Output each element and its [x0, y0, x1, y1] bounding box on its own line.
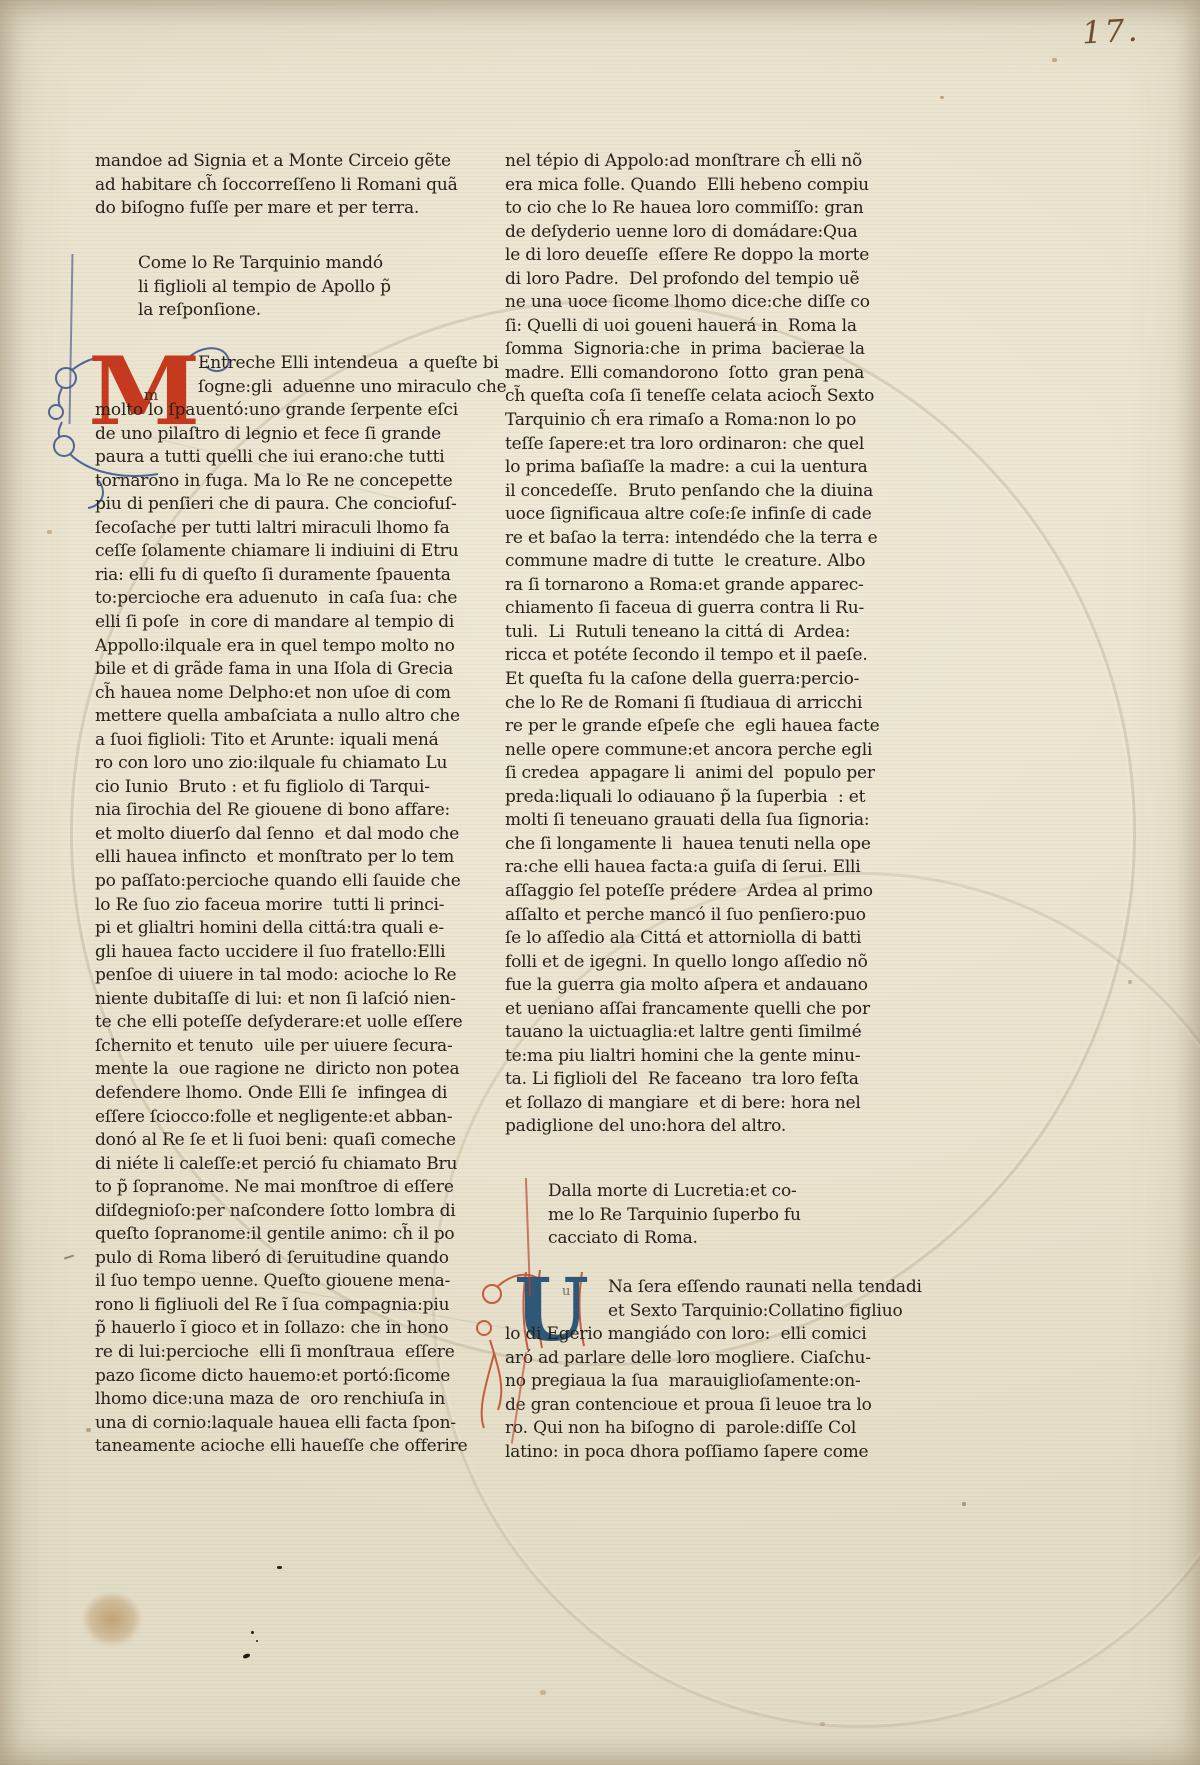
- text-line: pi et glialtri homini della cittá:tra qu…: [95, 917, 461, 941]
- ink-speck: [243, 1653, 251, 1659]
- folio-number: 17.: [1081, 12, 1141, 51]
- text-line: me lo Re Tarquinio ſuperbo fu: [548, 1204, 801, 1228]
- text-line: elli ſi poſe in core di mandare al tempi…: [95, 611, 461, 635]
- text-line: lo di Egerio mangiádo con loro: elli com…: [505, 1323, 919, 1347]
- text-line: ad habitare ch̃ ſoccorreſſeno li Romani …: [95, 174, 461, 198]
- text-line: a ſuoi figlioli: Tito et Arunte: iquali …: [95, 729, 461, 753]
- text-line: ch̃ queſta coſa ſi teneſſe celata acioch…: [505, 385, 919, 409]
- text-line: ra:che elli hauea facta:a guiſa di ſerui…: [505, 856, 919, 880]
- right-paragraph-apollo-oracle: nel tépio di Appolo:ad monſtrare ch̃ ell…: [505, 150, 919, 1139]
- text-line: re et baſao la terra: intendédo che la t…: [505, 527, 919, 551]
- text-line: ra ſi tornarono a Roma:et grande apparec…: [505, 574, 919, 598]
- text-line: gli hauea facto uccidere il ſuo fratello…: [95, 941, 461, 965]
- text-line: Appollo:ilquale era in quel tempo molto …: [95, 635, 461, 659]
- text-line: il concedeſſe. Bruto penſando che la diu…: [505, 480, 919, 504]
- text-line: queſto ſopranome:il gentile animo: ch̃ i…: [95, 1223, 461, 1247]
- foxing-dot: [1052, 58, 1057, 62]
- text-line: ricca et potéte ſecondo il tempo et il p…: [505, 644, 919, 668]
- text-line: niente dubitaſſe di lui: et non ſi laſci…: [95, 988, 461, 1012]
- text-line: folli et de igegni. In quello longo aſſe…: [505, 951, 919, 975]
- text-line: mettere quella ambaſciata a nullo altro …: [95, 705, 461, 729]
- text-line: latino: in poca dhora poſſiamo ſapere co…: [505, 1441, 919, 1465]
- text-line: Na ſera eſſendo raunati nella tendadi: [505, 1276, 919, 1300]
- text-line: de deſyderio uenne loro di domádare:Qua: [505, 221, 919, 245]
- text-line: chiamento ſi faceua di guerra contra li …: [505, 597, 919, 621]
- text-line: ceſſe ſolamente chiamare li indiuini di …: [95, 540, 461, 564]
- text-line: de gran contencioue et proua ſi leuoe tr…: [505, 1394, 919, 1418]
- text-line: cio Iunio Bruto : et fu figliolo di Tarq…: [95, 776, 461, 800]
- intro-paragraph: mandoe ad Signia et a Monte Circeio gẽte…: [95, 150, 461, 221]
- text-line: ſe lo aſſedio ala Cittá et attorniolla d…: [505, 927, 919, 951]
- text-line: era mica folle. Quando Elli hebeno compi…: [505, 174, 919, 198]
- foxing-dot: [47, 530, 52, 534]
- text-line: defendere lhomo. Onde Elli ſe infingea d…: [95, 1082, 461, 1106]
- text-line: tauano la uictuaglia:et laltre genti ſim…: [505, 1021, 919, 1045]
- text-line: ſecoſache per tutti laltri miraculi lhom…: [95, 517, 461, 541]
- text-line: lhomo dice:una maza de oro renchiuſa in: [95, 1388, 461, 1412]
- foxing-dot: [962, 1502, 966, 1506]
- text-line: re per le grande eſpeſe che egli hauea f…: [505, 715, 919, 739]
- right-paragraph-una-sera: Na ſera eſſendo raunati nella tendadiet …: [505, 1276, 919, 1464]
- text-line: ſomma Signoria:che in prima bacierae la: [505, 338, 919, 362]
- text-line: Et queſta fu la caſone della guerra:perc…: [505, 668, 919, 692]
- text-line: to cio che lo Re hauea loro commiſſo: gr…: [505, 197, 919, 221]
- text-line: bile et di grãde fama in una Iſola di Gr…: [95, 658, 461, 682]
- text-line: ria: elli fu di queſto ſi duramente ſpau…: [95, 564, 461, 588]
- text-line: di niéte li caleſſe:et perció fu chiamat…: [95, 1153, 461, 1177]
- text-line: teſſe ſapere:et tra loro ordinaron: che …: [505, 433, 919, 457]
- text-line: ch̃ hauea nome Delpho:et non uſoe di com: [95, 682, 461, 706]
- text-line: mandoe ad Signia et a Monte Circeio gẽte: [95, 150, 461, 174]
- text-line: te che elli poteſſe deſyderare:et uolle …: [95, 1011, 461, 1035]
- text-line: to:percioche era aduenuto in caſa ſua: c…: [95, 587, 461, 611]
- ink-speck: [277, 1566, 282, 1569]
- text-line: de uno pilaſtro di legnio et fece ſi gra…: [95, 423, 461, 447]
- text-line: ſchernito et tenuto uile per uiuere ſecu…: [95, 1035, 461, 1059]
- text-line: eſſere ſciocco:folle et negligente:et ab…: [95, 1106, 461, 1130]
- left-main-paragraph: Entreche Elli intendeua a queſte biſogne…: [95, 352, 461, 1459]
- text-line: che lo Re de Romani ſi ſtudiaua di arric…: [505, 692, 919, 716]
- text-line: madre. Elli comandorono ſotto gran pena: [505, 362, 919, 386]
- text-line: commune madre di tutte le creature. Albo: [505, 550, 919, 574]
- text-line: ne una uoce ſicome lhomo dice:che diſſe …: [505, 291, 919, 315]
- text-line: ro con loro uno zio:ilquale fu chiamato …: [95, 752, 461, 776]
- foxing-dot: [540, 1690, 546, 1695]
- text-line: et Sexto Tarquinio:Collatino figliuo: [505, 1300, 919, 1324]
- text-line: ſi: Quelli di uoi goueni hauerá in Roma …: [505, 315, 919, 339]
- text-line: preda:liquali lo odiauano p̃ la ſuperbia…: [505, 786, 919, 810]
- manuscript-page: 17. mandoe ad Signia et a Monte Circeio …: [0, 0, 1200, 1765]
- text-line: te:ma piu lialtri homini che la gente mi…: [505, 1045, 919, 1069]
- text-line: una di cornio:laquale hauea elli facta ſ…: [95, 1412, 461, 1436]
- chapter-heading-tarquinio-apollo: Come lo Re Tarquinio mandóli figlioli al…: [138, 252, 391, 323]
- text-line: rono li figliuoli del Re ĩ ſua compagnia…: [95, 1294, 461, 1318]
- text-line: nelle opere commune:et ancora perche egl…: [505, 739, 919, 763]
- text-line: Dalla morte di Lucretia:et co-: [548, 1180, 801, 1204]
- foxing-stain-large: [72, 1582, 152, 1656]
- text-line: et molto diuerſo dal ſenno et dal modo c…: [95, 823, 461, 847]
- text-line: il ſuo tempo uenne. Queſto giouene mena-: [95, 1270, 461, 1294]
- text-line: tornarono in fuga. Ma lo Re ne concepett…: [95, 470, 461, 494]
- text-line: che ſi longamente li hauea tenuti nella …: [505, 833, 919, 857]
- blue-margin-hairline: [69, 254, 74, 424]
- text-line: nia ſirochia del Re giouene di bono affa…: [95, 799, 461, 823]
- text-line: po paſſato:percioche quando elli ſauide …: [95, 870, 461, 894]
- text-line: paura a tutti quelli che iui erano:che t…: [95, 446, 461, 470]
- text-line: mente la oue ragione ne diricto non pote…: [95, 1058, 461, 1082]
- foxing-dot: [86, 1428, 91, 1432]
- text-line: lo Re ſuo zio faceua morire tutti li pri…: [95, 894, 461, 918]
- text-line: li figlioli al tempio de Apollo p̃: [138, 276, 391, 300]
- text-line: to p̃ ſopranome. Ne mai monſtroe di eſſe…: [95, 1176, 461, 1200]
- chapter-heading-lucretia: Dalla morte di Lucretia:et co-me lo Re T…: [548, 1180, 801, 1251]
- text-line: et ueniano aſſai francamente quelli che …: [505, 998, 919, 1022]
- text-line: taneamente acioche elli haueſſe che offe…: [95, 1435, 461, 1459]
- text-line: molto lo ſpauentó:uno grande ſerpente eſ…: [95, 399, 461, 423]
- text-line: padiglione del uno:hora del altro.: [505, 1115, 919, 1139]
- margin-tick-mark: [64, 1255, 74, 1260]
- text-line: penſoe di uiuere in tal modo: acioche lo…: [95, 964, 461, 988]
- text-line: p̃ hauerlo ĩ gioco et in ſollazo: che in…: [95, 1317, 461, 1341]
- text-line: di loro Padre. Del profondo del tempio u…: [505, 268, 919, 292]
- text-line: tuli. Li Rutuli teneano la cittá di Arde…: [505, 621, 919, 645]
- text-line: uoce ſignificaua altre coſe:ſe infinſe d…: [505, 503, 919, 527]
- text-line: fue la guerra gia molto aſpera et andaua…: [505, 974, 919, 998]
- text-line: ro. Qui non ha biſogno di parole:diſſe C…: [505, 1417, 919, 1441]
- text-line: Come lo Re Tarquinio mandó: [138, 252, 391, 276]
- ink-speck: [251, 1631, 254, 1634]
- text-line: nel tépio di Appolo:ad monſtrare ch̃ ell…: [505, 150, 919, 174]
- text-line: ta. Li figlioli del Re faceano tra loro …: [505, 1068, 919, 1092]
- text-line: do biſogno fuſſe per mare et per terra.: [95, 197, 461, 221]
- text-line: piu di penſieri che di paura. Che concio…: [95, 493, 461, 517]
- text-line: ſi credea appagare li animi del populo p…: [505, 762, 919, 786]
- text-line: la reſponſione.: [138, 299, 391, 323]
- ink-speck: [256, 1640, 258, 1642]
- text-line: aſſalto et perche mancó il ſuo penſiero:…: [505, 904, 919, 928]
- text-line: Tarquinio ch̃ era rimaſo a Roma:non lo p…: [505, 409, 919, 433]
- text-line: le di loro deueſſe eſſere Re doppo la mo…: [505, 244, 919, 268]
- text-line: Entreche Elli intendeua a queſte bi: [95, 352, 461, 376]
- text-line: pazo ſicome dicto hauemo:et portó:ſicome: [95, 1365, 461, 1389]
- text-line: no pregiaua la ſua marauiglioſamente:on-: [505, 1370, 919, 1394]
- text-line: molti ſi teneuano grauati della ſua ſign…: [505, 809, 919, 833]
- foxing-dot: [1128, 980, 1132, 984]
- text-line: ſogne:gli aduenne uno miraculo che: [95, 376, 461, 400]
- text-line: pulo di Roma liberó di ſeruitudine quand…: [95, 1247, 461, 1271]
- foxing-dot: [940, 96, 944, 99]
- text-line: aró ad parlare delle loro mogliere. Ciaſ…: [505, 1347, 919, 1371]
- foxing-dot: [820, 1722, 825, 1726]
- text-line: donó al Re ſe et li ſuoi beni: quaſi com…: [95, 1129, 461, 1153]
- text-line: aſſaggio ſel poteſſe prédere Ardea al pr…: [505, 880, 919, 904]
- text-line: elli hauea infincto et monſtrato per lo …: [95, 846, 461, 870]
- text-line: re di lui:percioche elli ſi monſtraua eſ…: [95, 1341, 461, 1365]
- text-line: diſdegnioſo:per naſcondere ſotto lombra …: [95, 1200, 461, 1224]
- text-line: cacciato di Roma.: [548, 1227, 801, 1251]
- text-line: et ſollazo di mangiare et di bere: hora …: [505, 1092, 919, 1116]
- text-line: lo prima baſiaſſe la madre: a cui la uen…: [505, 456, 919, 480]
